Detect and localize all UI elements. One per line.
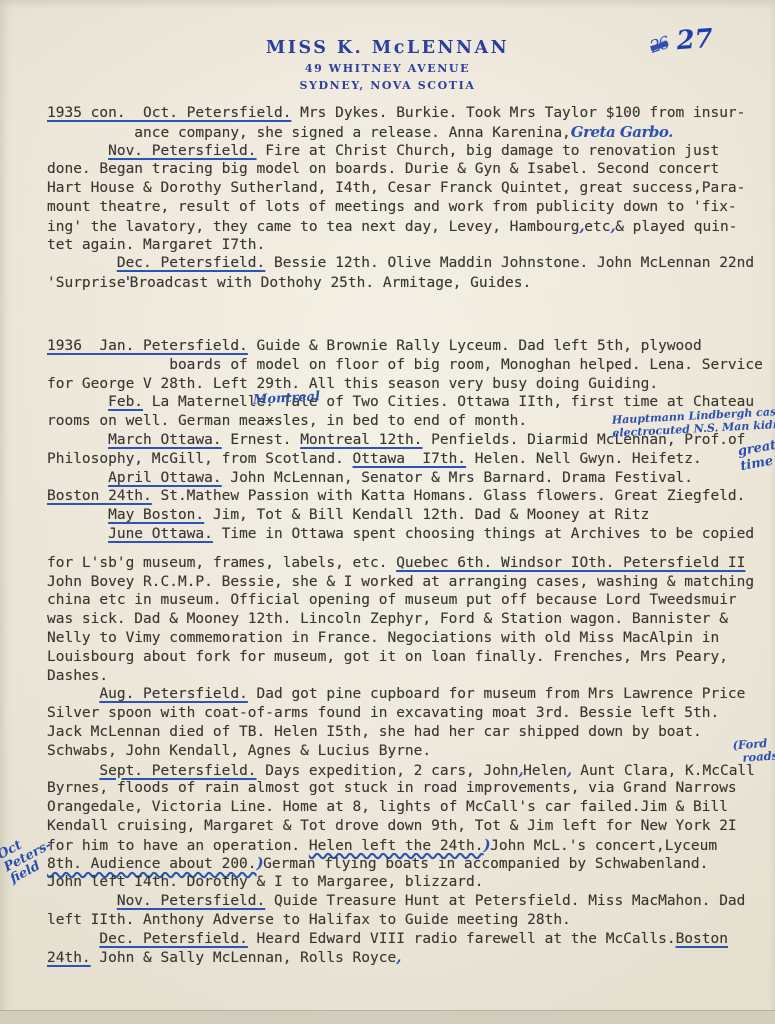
- typed-text: Heard Edward VIII radio farewell at the …: [248, 931, 676, 947]
- typed-text: La Maternelle. Tale of Two Cities. Ottaw…: [143, 394, 754, 410]
- text-line: 1936 Jan. Petersfield. Guide & Brownie R…: [47, 337, 775, 356]
- typed-text: left IIth. Anthony Adverse to Halifax to…: [47, 912, 571, 928]
- typed-text: [47, 763, 99, 779]
- typed-text: [47, 432, 108, 448]
- underlined-heading: Boston: [676, 931, 728, 947]
- document-page: MISS K. McLENNAN 49 WHITNEY AVENUE SYDNE…: [0, 0, 775, 1024]
- text-line: done. Began tracing big model on boards.…: [47, 160, 775, 179]
- text-line: Byrnes, floods of rain almost got stuck …: [47, 779, 775, 798]
- page-number-annotation: 26 27: [649, 24, 714, 58]
- underlined-heading: Dec. Petersfield.: [117, 255, 265, 271]
- typed-text: Byrnes, floods of rain almost got stuck …: [47, 780, 737, 796]
- text-line: 24th. John & Sally McLennan, Rolls Royce…: [47, 948, 775, 967]
- typed-text: Broadcast with Dothohy 25th. Armitage, G…: [130, 275, 532, 291]
- typed-text: Kendall cruising, Margaret & Tot drove d…: [47, 818, 737, 834]
- typed-text: Hart House & Dorothy Sutherland, I4th, C…: [47, 180, 745, 196]
- typed-text: Aunt Clara, K.McCall: [572, 763, 755, 779]
- typed-text: 'Surprise: [47, 275, 126, 291]
- typed-text: etc: [584, 219, 610, 235]
- typed-text: mount theatre, result of lots of meeting…: [47, 199, 737, 215]
- text-line: mount theatre, result of lots of meeting…: [47, 198, 775, 217]
- text-line: Sept. Petersfield. Days expedition, 2 ca…: [47, 761, 775, 780]
- scratched-page-number: 26: [648, 33, 671, 57]
- text-line: April Ottawa. John McLennan, Senator & M…: [47, 469, 775, 488]
- text-line: Boston 24th. St.Mathew Passion with Katt…: [47, 487, 775, 506]
- ford-note-line2: roadster): [742, 748, 775, 765]
- underlined-heading: Aug. Petersfield.: [99, 686, 247, 702]
- scan-bottom-edge: [0, 1010, 775, 1024]
- typed-text: Dad got pine cupboard for museum from Mr…: [248, 686, 746, 702]
- text-line: for George V 28th. Left 29th. All this s…: [47, 375, 775, 394]
- typed-text: Silver spoon with coat-of-arms found in …: [47, 705, 719, 721]
- handwritten-mark: Greta Garbo.: [571, 123, 673, 141]
- underlined-heading: Feb.: [108, 394, 143, 410]
- typed-text: John left I4th. Dorothy & I to Margaree,…: [47, 874, 484, 890]
- underlined-heading: May Boston.: [108, 507, 204, 523]
- text-line: ance company, she signed a release. Anna…: [47, 123, 775, 142]
- text-line: tet again. Margaret I7th.: [47, 236, 775, 255]
- typed-text: [47, 470, 108, 486]
- text-line: Louisbourg about fork for museum, got it…: [47, 648, 775, 667]
- typed-text: Ernest.: [222, 432, 301, 448]
- underlined-heading: Nov. Petersfield.: [117, 893, 265, 909]
- underlined-heading: Dec. Petersfield.: [99, 931, 247, 947]
- typed-text: St.Mathew Passion with Katta Homans. Gla…: [152, 488, 746, 504]
- hand-underlined-text: Helen left the 24th.: [309, 838, 484, 854]
- typed-text: Jack McLennan died of TB. Helen I5th, sh…: [47, 724, 702, 740]
- typed-text: for L'sb'g museum, frames, labels, etc.: [47, 555, 396, 571]
- text-line: Dec. Petersfield. Heard Edward VIII radi…: [47, 930, 775, 949]
- underlined-heading: Boston 24th.: [47, 488, 152, 504]
- typed-text: was sick. Dad & Mooney 12th. Lincoln Zep…: [47, 611, 728, 627]
- text-line: Dec. Petersfield. Bessie 12th. Olive Mad…: [47, 254, 775, 273]
- text-line: 8th. Audience about 200.)German flying b…: [47, 854, 775, 873]
- typed-text: Time in Ottawa spent choosing things at …: [213, 526, 754, 542]
- paragraph-gap: [47, 292, 775, 337]
- text-line: Nelly to Vimy commemoration in France. N…: [47, 629, 775, 648]
- text-line: was sick. Dad & Mooney 12th. Lincoln Zep…: [47, 610, 775, 629]
- text-line: for him to have an operation. Helen left…: [47, 836, 775, 855]
- text-line: Nov. Petersfield. Quide Treasure Hunt at…: [47, 892, 775, 911]
- paragraph-gap: [47, 544, 775, 554]
- typed-text: Quide Treasure Hunt at Petersfield. Miss…: [265, 893, 745, 909]
- underlined-heading: June Ottawa.: [108, 526, 213, 542]
- handwritten-note-ford-roadster: (Ford roadster): [732, 735, 775, 766]
- document-body: 1935 con. Oct. Petersfield. Mrs Dykes. B…: [47, 104, 775, 967]
- typed-text: Fire at Christ Church, big damage to ren…: [257, 143, 720, 159]
- typed-text: John McLennan, Senator & Mrs Barnard. Dr…: [222, 470, 693, 486]
- text-line: Feb. La Maternelle. Tale of Two Cities. …: [47, 393, 775, 412]
- text-line: Philosophy, McGill, from Scotland. Ottaw…: [47, 450, 775, 469]
- typed-text: [47, 507, 108, 523]
- typed-text: Schwabs, John Kendall, Agnes & Lucius By…: [47, 743, 431, 759]
- hand-underlined-text: 8th. Audience about 200.: [47, 856, 257, 872]
- typed-text: Days expedition, 2 cars, John: [257, 763, 519, 779]
- underlined-heading: Sept. Petersfield.: [99, 763, 256, 779]
- typed-text: ance company, she signed a release. Anna…: [47, 125, 571, 141]
- typed-text: china etc in museum. Official opening of…: [47, 592, 737, 608]
- underlined-heading: March Ottawa.: [108, 432, 222, 448]
- underlined-heading: 1936 Jan. Petersfield.: [47, 338, 248, 354]
- typed-text: [47, 526, 108, 542]
- typed-text: for him to have an operation.: [47, 838, 309, 854]
- typed-text: ing' the lavatory, they came to tea next…: [47, 219, 580, 235]
- overstruck-char: x: [265, 413, 274, 429]
- letterhead-address-line2: SYDNEY, NOVA SCOTIA: [0, 79, 775, 92]
- typed-text: Guide & Brownie Rally Lyceum. Dad left 5…: [248, 338, 702, 354]
- text-line: John left I4th. Dorothy & I to Margaree,…: [47, 873, 775, 892]
- underlined-heading: Nov. Petersfield.: [108, 143, 256, 159]
- underlined-heading: 24th.: [47, 950, 91, 966]
- typed-text: [47, 143, 108, 159]
- underlined-heading: Montreal 12th.: [300, 432, 422, 448]
- typed-text: for George V 28th. Left 29th. All this s…: [47, 376, 658, 392]
- typed-text: [47, 893, 117, 909]
- text-line: 1935 con. Oct. Petersfield. Mrs Dykes. B…: [47, 104, 775, 123]
- typed-text: sles, in bed to end of month.: [274, 413, 527, 429]
- text-line: boards of model on floor of big room, Mo…: [47, 356, 775, 375]
- handwritten-note-heifetz: great time: [737, 438, 775, 474]
- text-line: Aug. Petersfield. Dad got pine cupboard …: [47, 685, 775, 704]
- typed-text: Louisbourg about fork for museum, got it…: [47, 649, 728, 665]
- typed-text: John Bovey R.C.M.P. Bessie, she & I work…: [47, 574, 754, 590]
- typed-text: Helen. Nell Gwyn. Heifetz.: [466, 451, 702, 467]
- underlined-heading: 1935 con. Oct. Petersfield.: [47, 105, 291, 121]
- text-line: Dashes.: [47, 667, 775, 686]
- typed-text: [47, 931, 99, 947]
- typed-text: [47, 394, 108, 410]
- typed-text: [47, 255, 117, 271]
- underlined-heading: April Ottawa.: [108, 470, 222, 486]
- text-line: Kendall cruising, Margaret & Tot drove d…: [47, 817, 775, 836]
- text-line: June Ottawa. Time in Ottawa spent choosi…: [47, 525, 775, 544]
- underlined-heading: Ottawa I7th.: [353, 451, 467, 467]
- typed-text: Bessie 12th. Olive Maddin Johnstone. Joh…: [265, 255, 754, 271]
- page-number: 27: [676, 24, 714, 56]
- text-line: John Bovey R.C.M.P. Bessie, she & I work…: [47, 573, 775, 592]
- typed-text: done. Began tracing big model on boards.…: [47, 161, 719, 177]
- text-line: Silver spoon with coat-of-arms found in …: [47, 704, 775, 723]
- typed-text: Helen: [523, 763, 567, 779]
- typed-text: tet again. Margaret I7th.: [47, 237, 265, 253]
- text-line: 'Surprise'Broadcast with Dothohy 25th. A…: [47, 273, 775, 292]
- text-line: for L'sb'g museum, frames, labels, etc. …: [47, 554, 775, 573]
- text-line: May Boston. Jim, Tot & Bill Kendall 12th…: [47, 506, 775, 525]
- typed-text: Nelly to Vimy commemoration in France. N…: [47, 630, 719, 646]
- text-line: left IIth. Anthony Adverse to Halifax to…: [47, 911, 775, 930]
- typed-text: Dashes.: [47, 668, 108, 684]
- typed-text: John & Sally McLennan, Rolls Royce: [91, 950, 397, 966]
- typed-text: Orangedale, Victoria Line. Home at 8, li…: [47, 799, 728, 815]
- typed-text: & played quin-: [615, 219, 737, 235]
- text-line: Orangedale, Victoria Line. Home at 8, li…: [47, 798, 775, 817]
- letterhead-address-line1: 49 WHITNEY AVENUE: [0, 62, 775, 75]
- text-line: china etc in museum. Official opening of…: [47, 591, 775, 610]
- text-line: ing' the lavatory, they came to tea next…: [47, 217, 775, 236]
- typed-text: Philosophy, McGill, from Scotland.: [47, 451, 353, 467]
- text-line: Nov. Petersfield. Fire at Christ Church,…: [47, 142, 775, 161]
- typed-text: German flying boats in accompanied by Sc…: [263, 856, 708, 872]
- text-line: Schwabs, John Kendall, Agnes & Lucius By…: [47, 742, 775, 761]
- typed-text: John McL.'s concert,Lyceum: [490, 838, 717, 854]
- handwritten-mark: ,: [396, 948, 401, 966]
- typed-text: boards of model on floor of big room, Mo…: [47, 357, 763, 373]
- typed-text: [47, 686, 99, 702]
- text-line: Jack McLennan died of TB. Helen I5th, sh…: [47, 723, 775, 742]
- typed-text: Mrs Dykes. Burkie. Took Mrs Taylor $100 …: [291, 105, 745, 121]
- typed-text: Jim, Tot & Bill Kendall 12th. Dad & Moon…: [204, 507, 649, 523]
- underlined-heading: Quebec 6th. Windsor IOth. Petersfield II: [396, 555, 745, 571]
- text-line: Hart House & Dorothy Sutherland, I4th, C…: [47, 179, 775, 198]
- typed-text: rooms on well. German mea: [47, 413, 265, 429]
